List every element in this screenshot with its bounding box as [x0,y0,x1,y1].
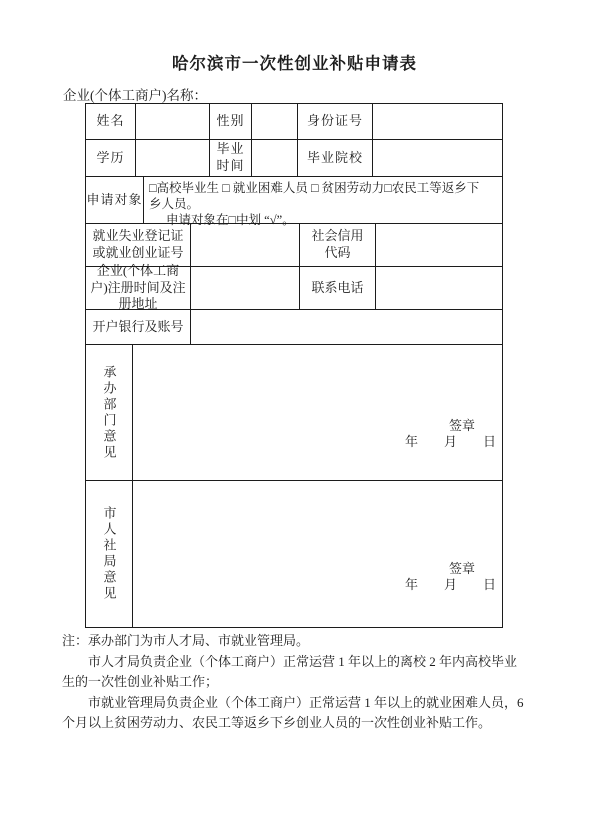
social-credit-code-label: 社会信用代码 [300,224,376,267]
table-row-registration: 企业(个体工商户)注册时间及注册地址 联系电话 [86,267,503,310]
table-row-applicant-type: 申请对象 □高校毕业生 □ 就业困难人员 □ 贫困劳动力□农民工等返乡下 乡人员… [86,177,503,224]
cert-number-value-cell [191,224,300,267]
dept-signature-block: 签章 年 月 日 [405,418,496,450]
social-credit-code-value-cell [376,224,503,267]
gender-value-cell [252,104,298,140]
note-line-3: 市就业管理局负责企业（个体工商户）正常运营 1 年以上的就业困难人员，6 个月以… [62,693,527,734]
hr-bureau-opinion-cell: 签章 年 月 日 [133,481,503,628]
table-row-certificate: 就业失业登记证或就业创业证号 社会信用代码 [86,224,503,267]
bureau-signature-block: 签章 年 月 日 [405,561,496,593]
table-row-dept-opinion: 承办部门意见 签章 年 月 日 [86,345,503,481]
gender-label: 性别 [210,104,252,140]
application-form-table: 姓名 性别 身份证号 学历 毕业时间 毕业院校 申请对象 □高校毕业生 □ 就业… [85,103,503,628]
graduation-school-value-cell [373,140,503,177]
applicant-options-line1: □高校毕业生 □ 就业困难人员 □ 贫困劳动力□农民工等返乡下 [149,181,497,197]
cert-number-label: 就业失业登记证或就业创业证号 [86,224,191,267]
handling-dept-opinion-label: 承办部门意见 [86,345,133,481]
hr-bureau-opinion-label: 市人社局意见 [86,481,133,628]
dept-date-line: 年 月 日 [405,434,496,450]
table-row-education: 学历 毕业时间 毕业院校 [86,140,503,177]
registration-value-cell [191,267,300,310]
applicant-type-label: 申请对象 [86,177,144,224]
footnotes: 注：承办部门为市人才局、市就业管理局。 市人才局负责企业（个体工商户）正常运营 … [62,631,527,734]
company-name-label: 企业(个体工商户)名称： [63,84,207,104]
graduation-time-label: 毕业时间 [210,140,252,177]
education-label: 学历 [86,140,136,177]
applicant-options-line2: 乡人员。 [149,197,497,213]
name-label: 姓名 [86,104,136,140]
dept-seal-label: 签章 [405,418,496,434]
education-value-cell [136,140,210,177]
id-number-label: 身份证号 [298,104,373,140]
contact-phone-value-cell [376,267,503,310]
bureau-seal-label: 签章 [405,561,496,577]
graduation-time-value-cell [252,140,298,177]
bank-account-value-cell [191,310,503,345]
note-line-1: 注：承办部门为市人才局、市就业管理局。 [62,631,527,652]
bank-account-label: 开户银行及账号 [86,310,191,345]
table-row-bank: 开户银行及账号 [86,310,503,345]
table-row-personal: 姓名 性别 身份证号 [86,104,503,140]
bureau-date-line: 年 月 日 [405,577,496,593]
id-number-value-cell [373,104,503,140]
handling-dept-opinion-cell: 签章 年 月 日 [133,345,503,481]
contact-phone-label: 联系电话 [300,267,376,310]
table-row-bureau-opinion: 市人社局意见 签章 年 月 日 [86,481,503,628]
applicant-type-options-cell: □高校毕业生 □ 就业困难人员 □ 贫困劳动力□农民工等返乡下 乡人员。 申请对… [144,177,503,224]
graduation-school-label: 毕业院校 [298,140,373,177]
name-value-cell [136,104,210,140]
registration-label: 企业(个体工商户)注册时间及注册地址 [86,267,191,310]
page-title: 哈尔滨市一次性创业补贴申请表 [0,50,589,74]
document-page: 哈尔滨市一次性创业补贴申请表 企业(个体工商户)名称： 姓名 性别 身份证号 学… [0,0,589,828]
note-line-2: 市人才局负责企业（个体工商户）正常运营 1 年以上的离校 2 年内高校毕业生的一… [62,652,527,693]
